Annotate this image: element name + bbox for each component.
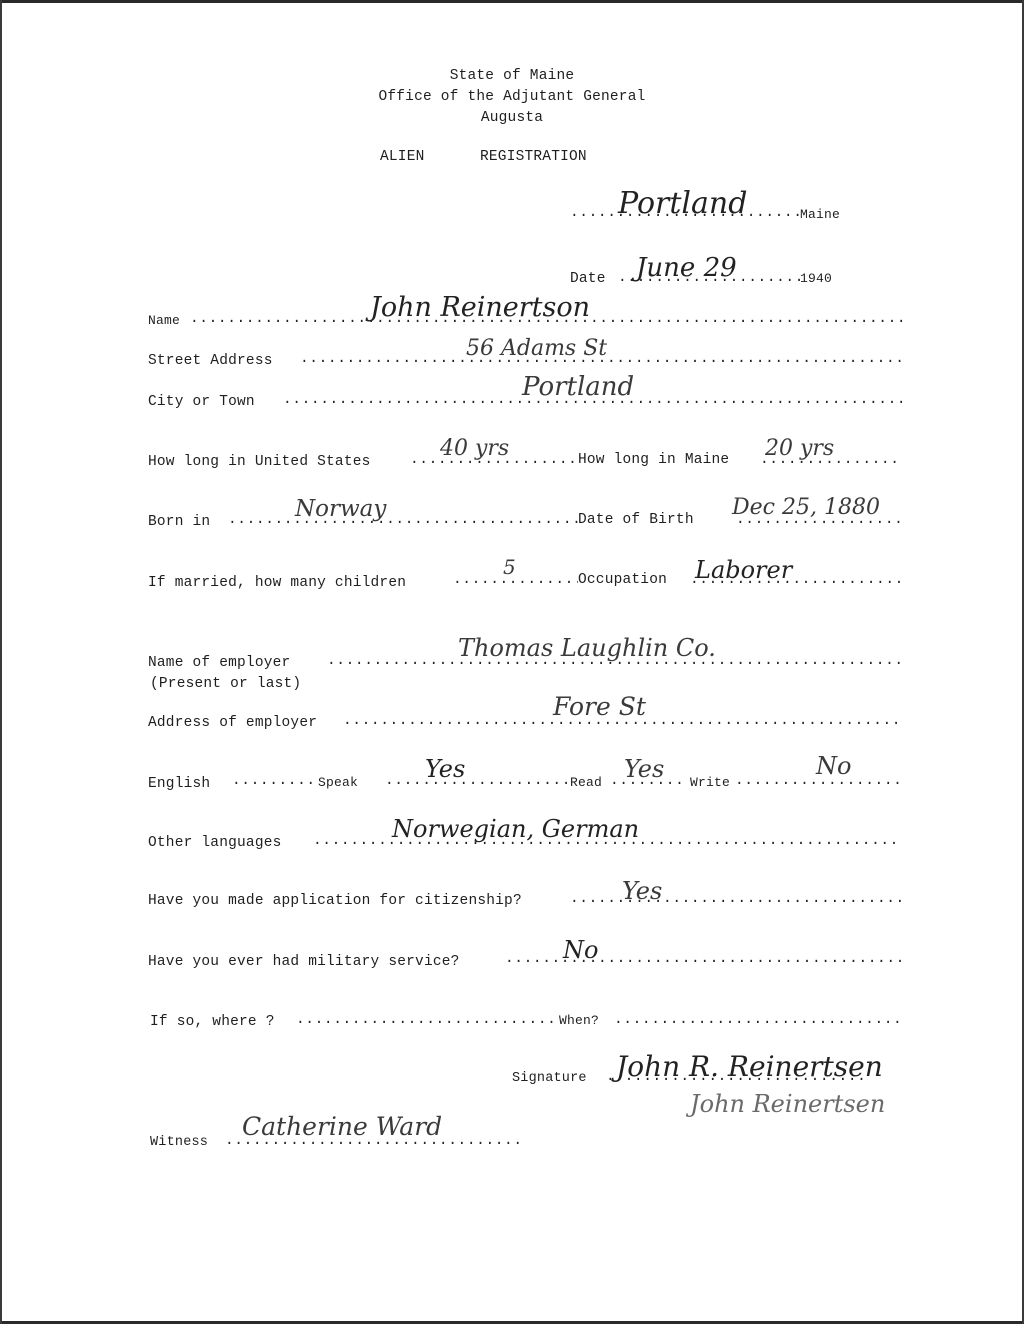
witness-label: Witness bbox=[150, 1135, 208, 1150]
speak-value: Yes bbox=[425, 755, 465, 783]
date-of-birth-label: Date of Birth bbox=[578, 512, 694, 528]
citizenship-value: Yes bbox=[622, 877, 662, 905]
location-state-label: Maine bbox=[800, 207, 840, 222]
name-label: Name bbox=[148, 313, 180, 328]
employer-name-value: Thomas Laughlin Co. bbox=[458, 634, 716, 662]
write-label: Write bbox=[690, 775, 730, 790]
form-title-registration: REGISTRATION bbox=[480, 149, 587, 165]
location-city-value: Portland bbox=[618, 186, 747, 221]
occupation-label: Occupation bbox=[578, 572, 667, 588]
how-long-maine-label: How long in Maine bbox=[578, 452, 729, 468]
how-long-maine-value: 20 yrs bbox=[765, 436, 834, 461]
read-label: Read bbox=[570, 775, 602, 790]
english-label: English bbox=[148, 776, 210, 792]
citizenship-label: Have you made application for citizenshi… bbox=[148, 893, 522, 909]
date-of-birth-value: Dec 25, 1880 bbox=[732, 495, 880, 520]
how-long-us-value: 40 yrs bbox=[440, 436, 509, 461]
occupation-value: Laborer bbox=[695, 556, 792, 584]
military-label: Have you ever had military service? bbox=[148, 954, 460, 970]
when-dots: ........................................… bbox=[614, 1012, 902, 1028]
other-languages-value: Norwegian, German bbox=[392, 815, 639, 843]
speak-dots: ............................ bbox=[385, 773, 568, 789]
witness-value: Catherine Ward bbox=[242, 1112, 442, 1141]
employer-address-value: Fore St bbox=[553, 692, 646, 721]
when-label: When? bbox=[559, 1013, 599, 1028]
children-label: If married, how many children bbox=[148, 575, 406, 591]
born-in-value: Norway bbox=[295, 496, 386, 522]
name-value: John Reinertson bbox=[370, 292, 590, 323]
born-in-label: Born in bbox=[148, 514, 210, 530]
signature-value-secondary: John Reinertsen bbox=[690, 1090, 885, 1118]
military-value: No bbox=[563, 936, 598, 964]
how-long-us-label: How long in United States bbox=[148, 454, 371, 470]
write-value: No bbox=[816, 752, 851, 780]
form-title-alien: ALIEN bbox=[380, 149, 425, 165]
signature-label: Signature bbox=[512, 1071, 587, 1086]
date-handwritten-value: June 29 bbox=[636, 253, 737, 283]
other-languages-label: Other languages bbox=[148, 835, 282, 851]
date-label: Date bbox=[570, 271, 606, 287]
read-value: Yes bbox=[624, 755, 664, 783]
english-dots: ............. bbox=[232, 773, 317, 789]
citizenship-dots: ........................................… bbox=[570, 891, 902, 907]
header-city: Augusta bbox=[0, 110, 1024, 126]
header-office: Office of the Adjutant General bbox=[0, 89, 1024, 105]
scan-border-top bbox=[0, 0, 1024, 3]
date-year: 1940 bbox=[800, 271, 832, 286]
street-address-value: 56 Adams St bbox=[466, 336, 607, 361]
street-address-label: Street Address bbox=[148, 353, 273, 369]
employer-address-label: Address of employer bbox=[148, 715, 317, 731]
city-value: Portland bbox=[522, 372, 634, 402]
children-value: 5 bbox=[503, 555, 516, 579]
signature-value: John R. Reinertsen bbox=[616, 1050, 883, 1083]
where-label: If so, where ? bbox=[150, 1014, 275, 1030]
header-state: State of Maine bbox=[0, 68, 1024, 84]
where-dots: ........................................… bbox=[296, 1012, 558, 1028]
born-in-dots: ........................................… bbox=[228, 512, 578, 528]
employer-name-label: Name of employer bbox=[148, 655, 290, 671]
scan-border-left bbox=[0, 0, 2, 1324]
speak-label: Speak bbox=[318, 775, 358, 790]
employer-name-sublabel: (Present or last) bbox=[150, 676, 301, 692]
city-label: City or Town bbox=[148, 394, 255, 410]
